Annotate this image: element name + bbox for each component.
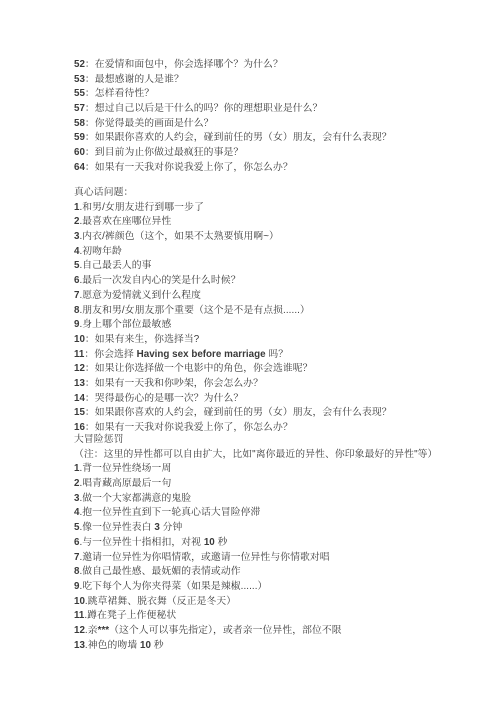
question-line: 6.最后一次发自内心的笑是什么时候？	[74, 274, 392, 289]
question-line: 10：如果有来生，你选择当?	[74, 333, 392, 348]
dare-line: 9.吃下每个人为你夹得菜（如果是辣椒......）	[74, 580, 437, 595]
dare-line: 1.背一位异性绕场一周	[74, 462, 437, 477]
dare-line: 3.做一个大家都满意的鬼脸	[74, 492, 437, 507]
question-line: 5.自己最丢人的事	[74, 259, 392, 274]
document-page: 52：在爱情和面包中，你会选择哪个？为什么？53：最想感谢的人是谁？55：怎样看…	[0, 0, 500, 707]
question-line: 59：如果跟你喜欢的人约会，碰到前任的男（女）朋友，会有什么表现？	[74, 131, 392, 146]
question-line: 58：你觉得最美的画面是什么？	[74, 117, 392, 132]
dare-line: 6.与一位异性十指相扣，对视 10 秒	[74, 536, 437, 551]
question-line: 53：最想感谢的人是谁？	[74, 73, 392, 88]
truth-section-list: 1.和男/女朋友进行到哪一步了2.最喜欢在座哪位异性3.内衣/裤颜色（这个，如果…	[74, 201, 392, 436]
question-line: 60：到目前为止你做过最疯狂的事是？	[74, 146, 392, 161]
dare-section-note: （注：这里的异性都可以自由扩大，比如"离你最近的异性、你印象最好的异性"等）	[74, 448, 437, 463]
dare-section-title: 大冒险惩罚	[74, 433, 437, 448]
question-line: 52：在爱情和面包中，你会选择哪个？为什么？	[74, 58, 392, 73]
question-line: 11：你会选择 Having sex before marriage 吗？	[74, 348, 392, 363]
dare-line: 2.唱青藏高原最后一句	[74, 477, 437, 492]
question-line: 8.朋友和男/女朋友那个重要（这个是不是有点损......）	[74, 304, 392, 319]
question-line: 3.内衣/裤颜色（这个，如果不太熟要慎用啊~）	[74, 230, 392, 245]
question-line: 4.初吻年龄	[74, 245, 392, 260]
truth-section-title: 真心话问题：	[74, 186, 392, 201]
question-line: 55：怎样看待性？	[74, 87, 392, 102]
dare-line: 7.邀请一位异性为你唱情歌，或邀请一位异性与你情歌对唱	[74, 551, 437, 566]
question-line: 14：哭得最伤心的是哪一次？为什么？	[74, 392, 392, 407]
question-line: 57：想过自己以后是干什么的吗？你的理想职业是什么？	[74, 102, 392, 117]
truth-section-block: 真心话问题： 1.和男/女朋友进行到哪一步了2.最喜欢在座哪位异性3.内衣/裤颜…	[74, 186, 392, 436]
dare-line: 4.抱一位异性直到下一轮真心话大冒险停滞	[74, 506, 437, 521]
truth-questions-continued-block: 52：在爱情和面包中，你会选择哪个？为什么？53：最想感谢的人是谁？55：怎样看…	[74, 58, 392, 176]
dare-line: 13.神色的吻墙 10 秒	[74, 639, 437, 654]
dare-line: 12.亲***（这个人可以事先指定），或者亲一位异性，部位不限	[74, 624, 437, 639]
dare-line: 11.蹲在凳子上作便秘状	[74, 609, 437, 624]
question-line: 2.最喜欢在座哪位异性	[74, 215, 392, 230]
question-line: 7.愿意为爱情就义到什么程度	[74, 289, 392, 304]
question-line: 13：如果有一天我和你吵架，你会怎么办？	[74, 377, 392, 392]
question-line: 1.和男/女朋友进行到哪一步了	[74, 201, 392, 216]
dare-line: 10.跳草裙舞、脱衣舞（反正是冬天）	[74, 595, 437, 610]
dare-section-block: 大冒险惩罚 （注：这里的异性都可以自由扩大，比如"离你最近的异性、你印象最好的异…	[74, 433, 437, 653]
dare-line: 8.做自己最性感、最妩媚的表情或动作	[74, 565, 437, 580]
dare-section-list: 1.背一位异性绕场一周2.唱青藏高原最后一句3.做一个大家都满意的鬼脸4.抱一位…	[74, 462, 437, 653]
question-line: 12：如果让你选择做一个电影中的角色，你会选谁呢？	[74, 362, 392, 377]
question-line: 15：如果跟你喜欢的人约会，碰到前任的男（女）朋友，会有什么表现？	[74, 406, 392, 421]
question-line: 64：如果有一天我对你说我爱上你了，你怎么办？	[74, 161, 392, 176]
dare-line: 5.像一位异性表白 3 分钟	[74, 521, 437, 536]
question-line: 9.身上哪个部位最敏感	[74, 318, 392, 333]
